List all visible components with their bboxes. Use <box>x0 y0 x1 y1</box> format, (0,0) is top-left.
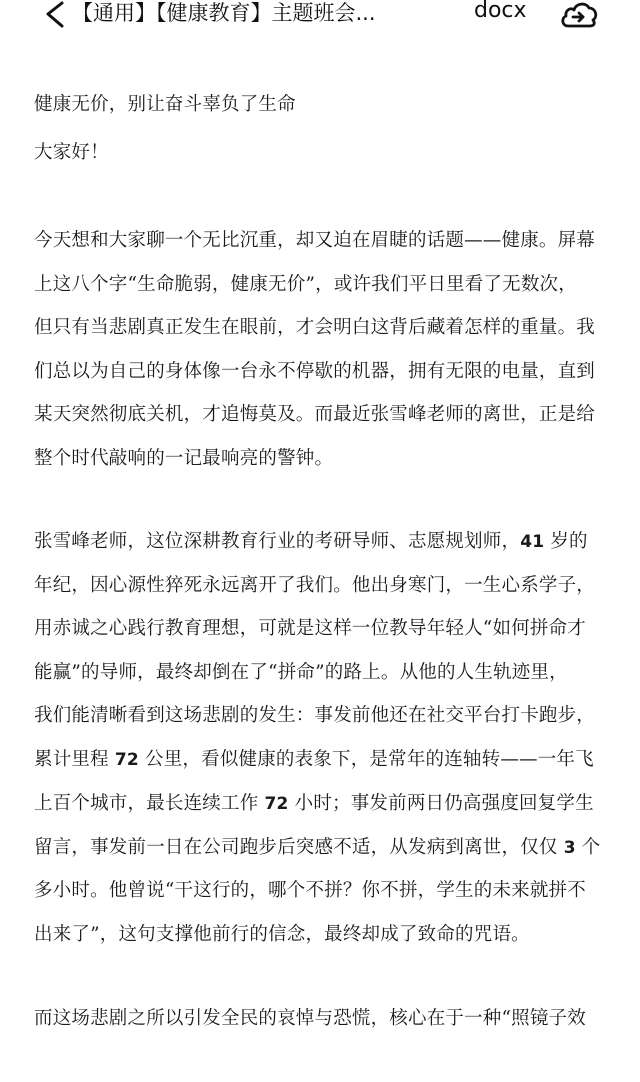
number-hours: 72 <box>264 794 288 814</box>
chevron-left-icon <box>40 0 70 30</box>
file-extension: docx <box>474 0 527 26</box>
text-segment: 个 <box>576 837 601 858</box>
text-line: 出来了”，这句支撑他前行的信念，最终却成了致命的咒语。 <box>34 920 530 946</box>
text-segment: 累计里程 <box>34 749 115 770</box>
text-line: 我们能清晰看到这场悲剧的发生：事发前他还在社交平台打卡跑步， <box>34 701 595 727</box>
text-segment: 小时；事发前两日仍高强度回复学生 <box>289 793 594 814</box>
text-segment: 上百个城市，最长连续工作 <box>34 793 264 814</box>
text-line: 多小时。他曾说“干这行的，哪个不拼？你不拼，学生的未来就拼不 <box>34 876 586 902</box>
number-age: 41 <box>520 532 544 552</box>
text-line: 能赢”的导师，最终却倒在了“拼命”的路上。从他的人生轨迹里， <box>34 658 568 684</box>
text-line: 们总以为自己的身体像一台永不停歇的机器，拥有无限的电量，直到 <box>34 357 595 383</box>
number-distance: 72 <box>115 750 139 770</box>
cloud-upload-icon <box>558 0 600 30</box>
text-segment: 公里，看似健康的表象下，是常年的连轴转——一年飞 <box>139 749 594 770</box>
number-hours: 3 <box>564 838 576 858</box>
text-line: 上百个城市，最长连续工作 72 小时；事发前两日仍高强度回复学生 <box>34 789 594 815</box>
text-line: 上这八个字“生命脆弱，健康无价”，或许我们平日里看了无数次， <box>34 270 577 296</box>
text-line: 张雪峰老师，这位深耕教育行业的考研导师、志愿规划师，41 岁的 <box>34 527 588 553</box>
text-segment: 留言，事发前一日在公司跑步后突感不适，从发病到离世，仅仅 <box>34 837 564 858</box>
text-segment: 岁的 <box>544 531 587 552</box>
text-line: 但只有当悲剧真正发生在眼前，才会明白这背后藏着怎样的重量。我 <box>34 313 595 339</box>
cloud-share-button[interactable] <box>558 0 600 30</box>
greeting: 大家好！ <box>34 138 109 164</box>
text-line: 累计里程 72 公里，看似健康的表象下，是常年的连轴转——一年飞 <box>34 745 594 771</box>
text-line: 用赤诚之心践行教育理想，可就是这样一位教导年轻人“如何拼命才 <box>34 614 586 640</box>
text-line: 今天想和大家聊一个无比沉重，却又迫在眉睫的话题——健康。屏幕 <box>34 226 595 252</box>
document-title: 【通用】【健康教育】主题班会... <box>72 0 462 28</box>
document-heading: 健康无价，别让奋斗辜负了生命 <box>34 90 296 116</box>
text-line: 某天突然彻底关机，才追悔莫及。而最近张雪峰老师的离世，正是给 <box>34 400 595 426</box>
text-line: 而这场悲剧之所以引发全民的哀悼与恐慌，核心在于一种“照镜子效 <box>34 1004 586 1030</box>
top-bar: 【通用】【健康教育】主题班会... docx <box>0 0 640 30</box>
text-line: 年纪，因心源性猝死永远离开了我们。他出身寒门，一生心系学子， <box>34 571 595 597</box>
text-line: 整个时代敲响的一记最响亮的警钟。 <box>34 444 333 470</box>
text-segment: 张雪峰老师，这位深耕教育行业的考研导师、志愿规划师， <box>34 531 520 552</box>
back-button[interactable] <box>40 0 70 30</box>
text-line: 留言，事发前一日在公司跑步后突感不适，从发病到离世，仅仅 3 个 <box>34 833 601 859</box>
